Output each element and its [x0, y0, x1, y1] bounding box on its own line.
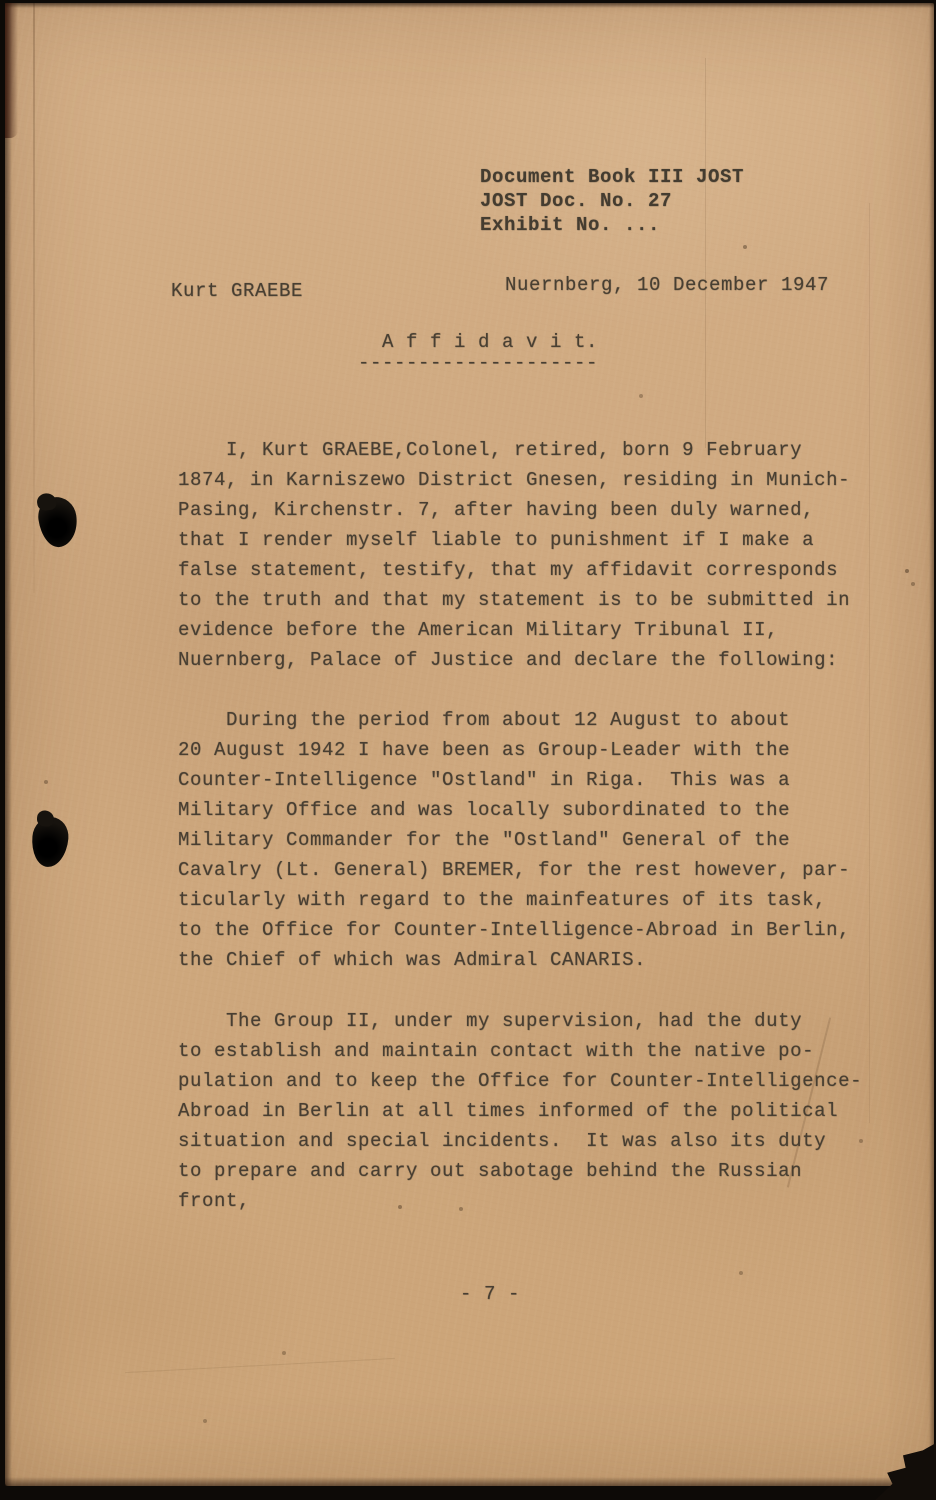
hole-punch-bottom: [30, 816, 70, 869]
paragraph-group-duties: The Group II, under my supervision, had …: [178, 1006, 888, 1216]
document-book-stamp: Document Book III JOST JOST Doc. No. 27 …: [480, 165, 744, 237]
paper-crease: [125, 1358, 395, 1373]
paper-edge-left: [5, 3, 12, 1486]
paragraph-service-riga: During the period from about 12 August t…: [178, 705, 888, 975]
paper-edge-left-dark-mark: [5, 3, 18, 138]
paper-edge-bottom: [5, 1477, 934, 1486]
dateline: Nuernberg, 10 December 1947: [505, 273, 829, 297]
paper-edge-top: [5, 3, 934, 8]
page-number: - 7 -: [460, 1280, 520, 1309]
paper-crease: [705, 58, 706, 448]
hole-punch-top: [36, 495, 81, 550]
paragraph-identity-oath: I, Kurt GRAEBE,Colonel, retired, born 9 …: [178, 435, 888, 675]
paper-crease: [33, 3, 35, 593]
document-page: Document Book III JOST JOST Doc. No. 27 …: [0, 0, 936, 1500]
author-name: Kurt GRAEBE: [171, 279, 303, 303]
paper-edge-right: [929, 3, 934, 1486]
paper-sheet: Document Book III JOST JOST Doc. No. 27 …: [5, 3, 934, 1486]
title-underline: --------------------: [358, 349, 598, 378]
